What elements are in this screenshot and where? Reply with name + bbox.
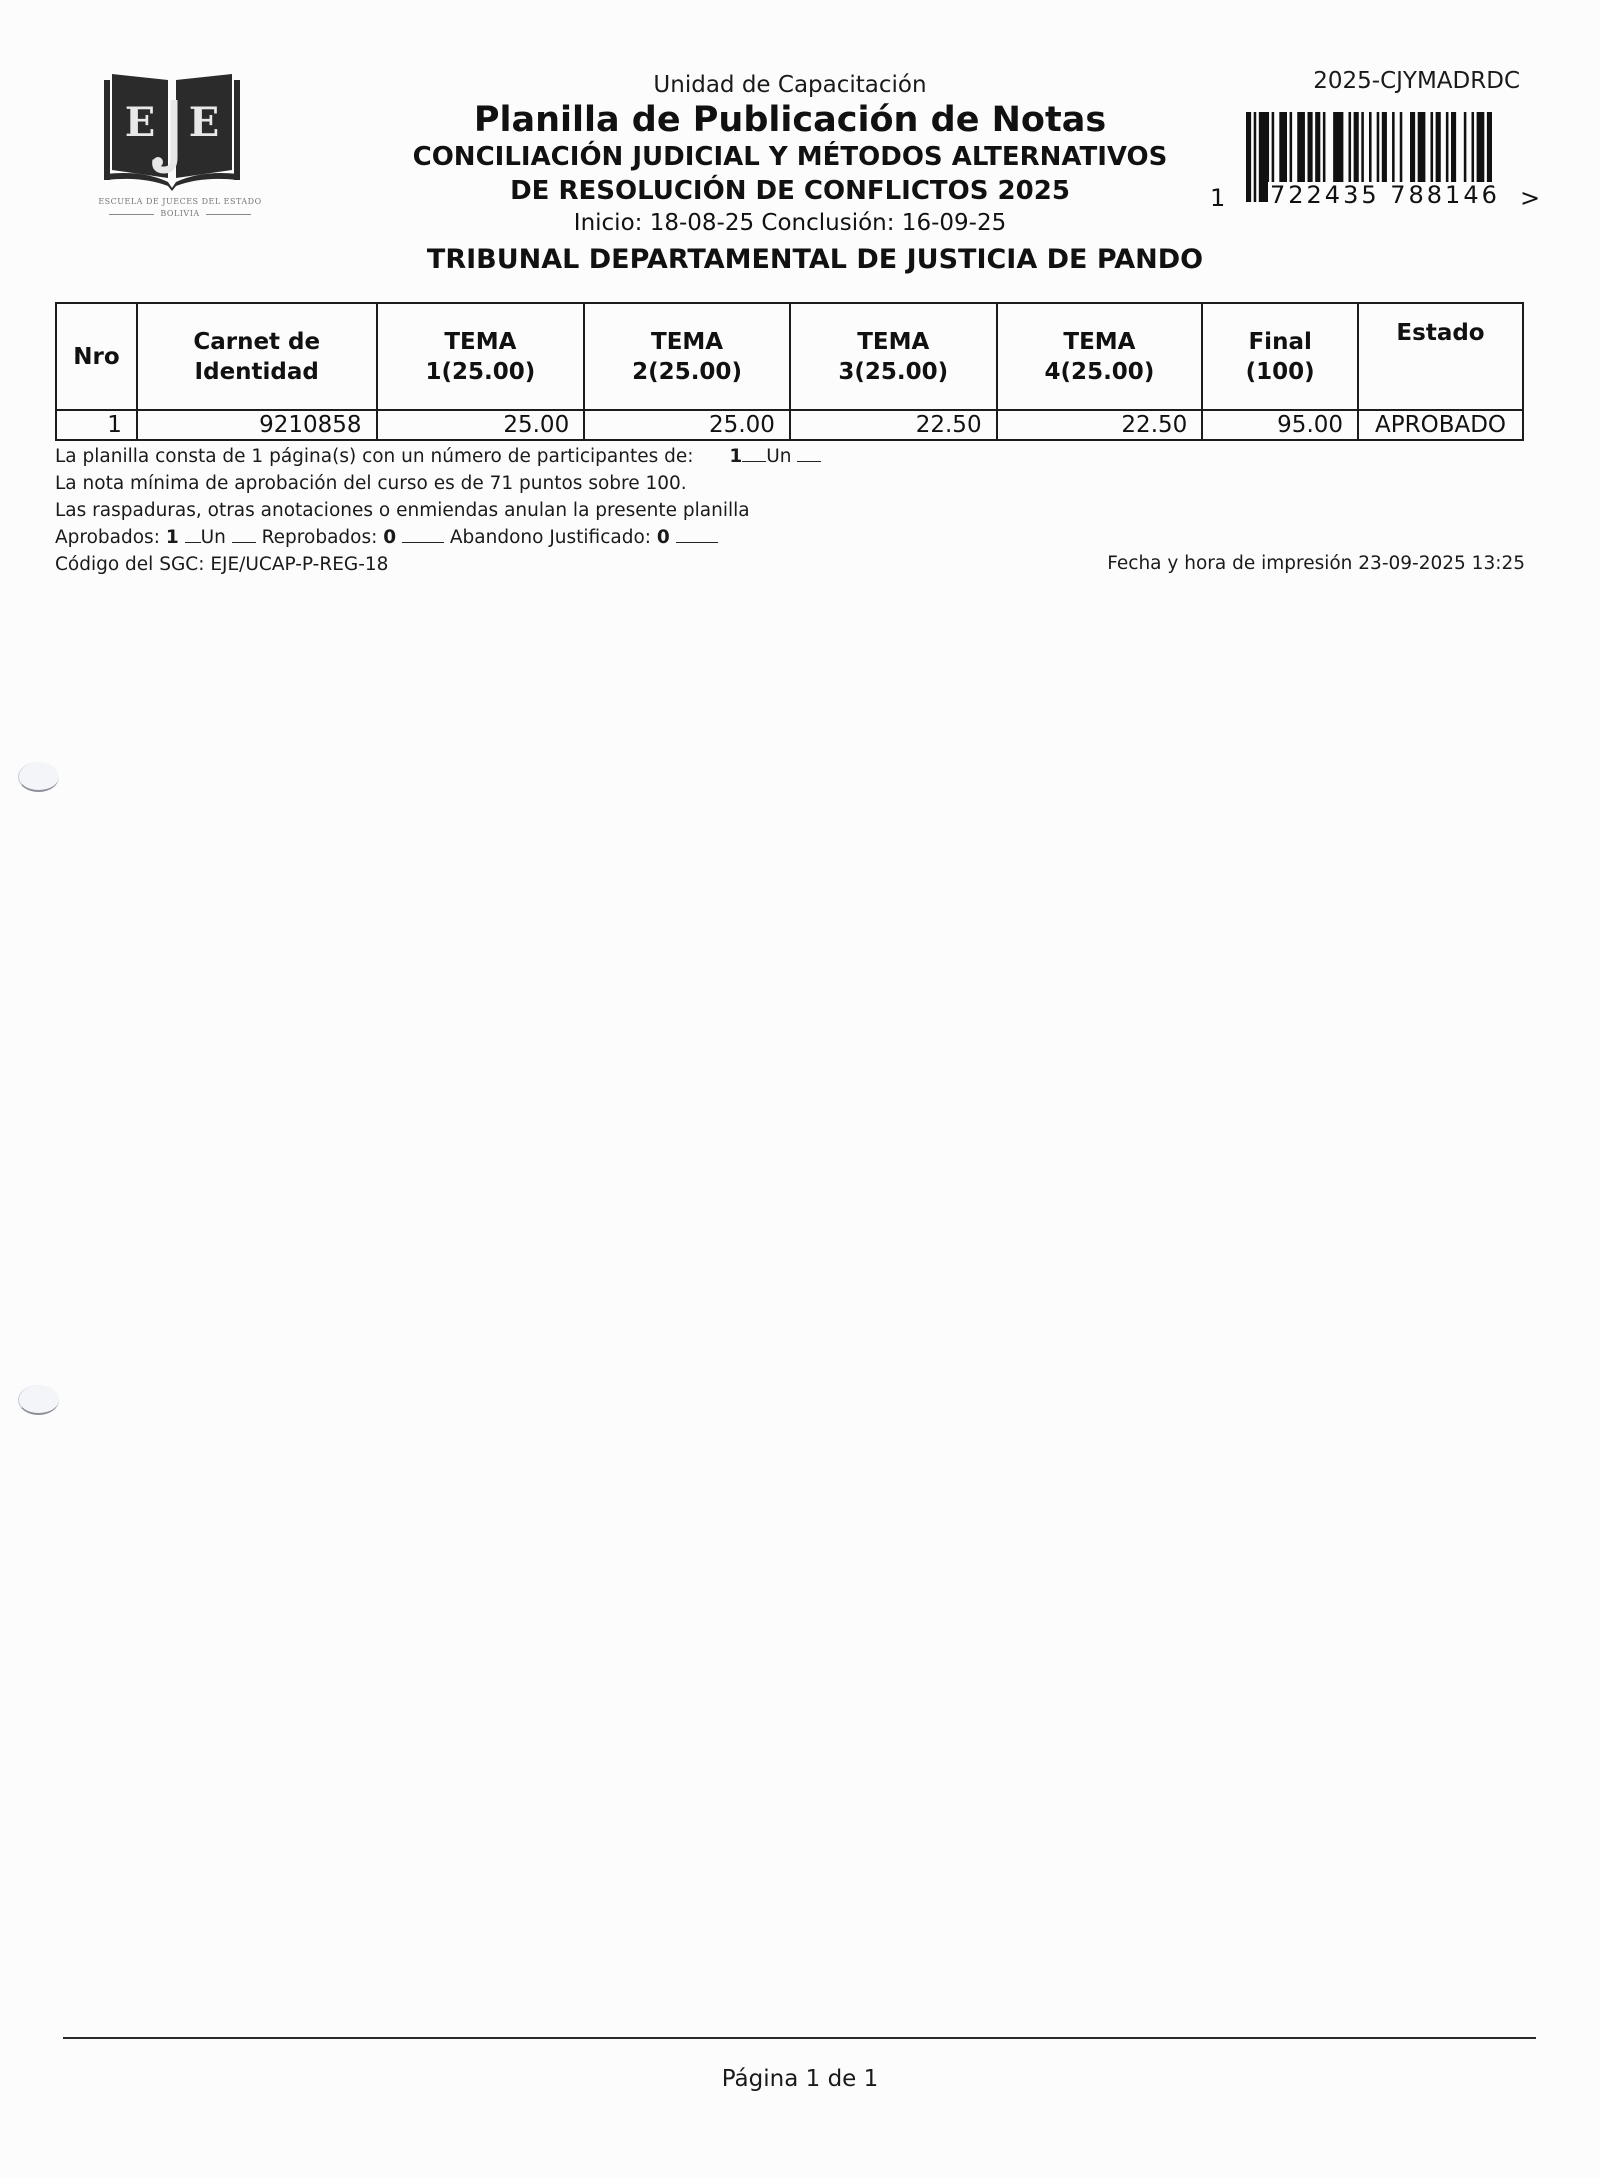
header-tema-1: TEMA1(25.00)	[377, 303, 585, 410]
punch-hole-icon	[18, 762, 59, 792]
note-erasures: Las raspaduras, otras anotaciones o enmi…	[55, 497, 821, 524]
print-date: Fecha y hora de impresión 23-09-2025 13:…	[1107, 553, 1525, 574]
cell-nro: 1	[56, 410, 137, 440]
note-minimum-grade: La nota mínima de aprobación del curso e…	[55, 470, 821, 497]
table-row: 1 9210858 25.00 25.00 22.50 22.50 95.00 …	[56, 410, 1523, 440]
cell-tema-3: 22.50	[790, 410, 997, 440]
failed-count: 0	[383, 527, 396, 548]
barcode: 1 722435 788146 >	[1210, 108, 1540, 218]
page-number: Página 1 de 1	[0, 2066, 1600, 2092]
cell-tema-1: 25.00	[377, 410, 585, 440]
course-name: CONCILIACIÓN JUDICIAL Y MÉTODOS ALTERNAT…	[310, 140, 1270, 208]
unit-name: Unidad de Capacitación	[310, 70, 1270, 100]
header-tema-2: TEMA2(25.00)	[584, 303, 790, 410]
course-dates: Inicio: 18-08-25 Conclusión: 16-09-25	[310, 208, 1270, 238]
svg-text:E: E	[189, 99, 220, 146]
header-tema-4: TEMA4(25.00)	[997, 303, 1203, 410]
open-book-logo-icon: E E	[102, 70, 242, 192]
cell-carnet: 9210858	[137, 410, 377, 440]
header-nro: Nro	[56, 303, 137, 410]
cell-estado: APROBADO	[1358, 410, 1523, 440]
barcode-digits: 722435 788146	[1268, 182, 1502, 208]
notes-block: La planilla consta de 1 página(s) con un…	[55, 443, 821, 578]
logo-caption-line1: ESCUELA DE JUECES DEL ESTADO	[80, 196, 280, 208]
course-code: 2025-CJYMADRDC	[1313, 68, 1520, 94]
note-summary: Aprobados: 1 Un Reprobados: 0 Abandono J…	[55, 524, 821, 551]
logo-caption: ESCUELA DE JUECES DEL ESTADO BOLIVIA	[80, 196, 280, 220]
cell-tema-2: 25.00	[584, 410, 790, 440]
eje-logo: E E ESCUELA DE JUECES DEL ESTADO BOLIVIA	[80, 70, 300, 230]
header-carnet: Carnet deIdentidad	[137, 303, 377, 410]
note-pages-participants: La planilla consta de 1 página(s) con un…	[55, 443, 821, 470]
svg-text:E: E	[125, 99, 156, 146]
abandon-count: 0	[657, 527, 670, 548]
sgc-code: Código del SGC: EJE/UCAP-P-REG-18	[55, 551, 821, 578]
footer-divider	[63, 2037, 1536, 2039]
punch-hole-icon	[18, 1385, 59, 1415]
document-header: Unidad de Capacitación Planilla de Publi…	[310, 70, 1270, 280]
header-tema-3: TEMA3(25.00)	[790, 303, 997, 410]
header-final: Final(100)	[1202, 303, 1358, 410]
approved-count: 1	[166, 527, 179, 548]
header-estado: Estado	[1358, 303, 1523, 410]
document-title: Planilla de Publicación de Notas	[310, 100, 1270, 140]
logo-caption-line2: BOLIVIA	[160, 208, 199, 220]
table-header-row: Nro Carnet deIdentidad TEMA1(25.00) TEMA…	[56, 303, 1523, 410]
grades-table: Nro Carnet deIdentidad TEMA1(25.00) TEMA…	[55, 302, 1524, 441]
barcode-lead-digit: 1	[1210, 184, 1225, 212]
participants-word: Un	[766, 446, 791, 467]
barcode-trailing-mark: >	[1520, 184, 1540, 212]
cell-tema-4: 22.50	[997, 410, 1203, 440]
participants-count: 1	[729, 446, 742, 467]
tribunal-name: TRIBUNAL DEPARTAMENTAL DE JUSTICIA DE PA…	[310, 240, 1270, 280]
cell-final: 95.00	[1202, 410, 1358, 440]
